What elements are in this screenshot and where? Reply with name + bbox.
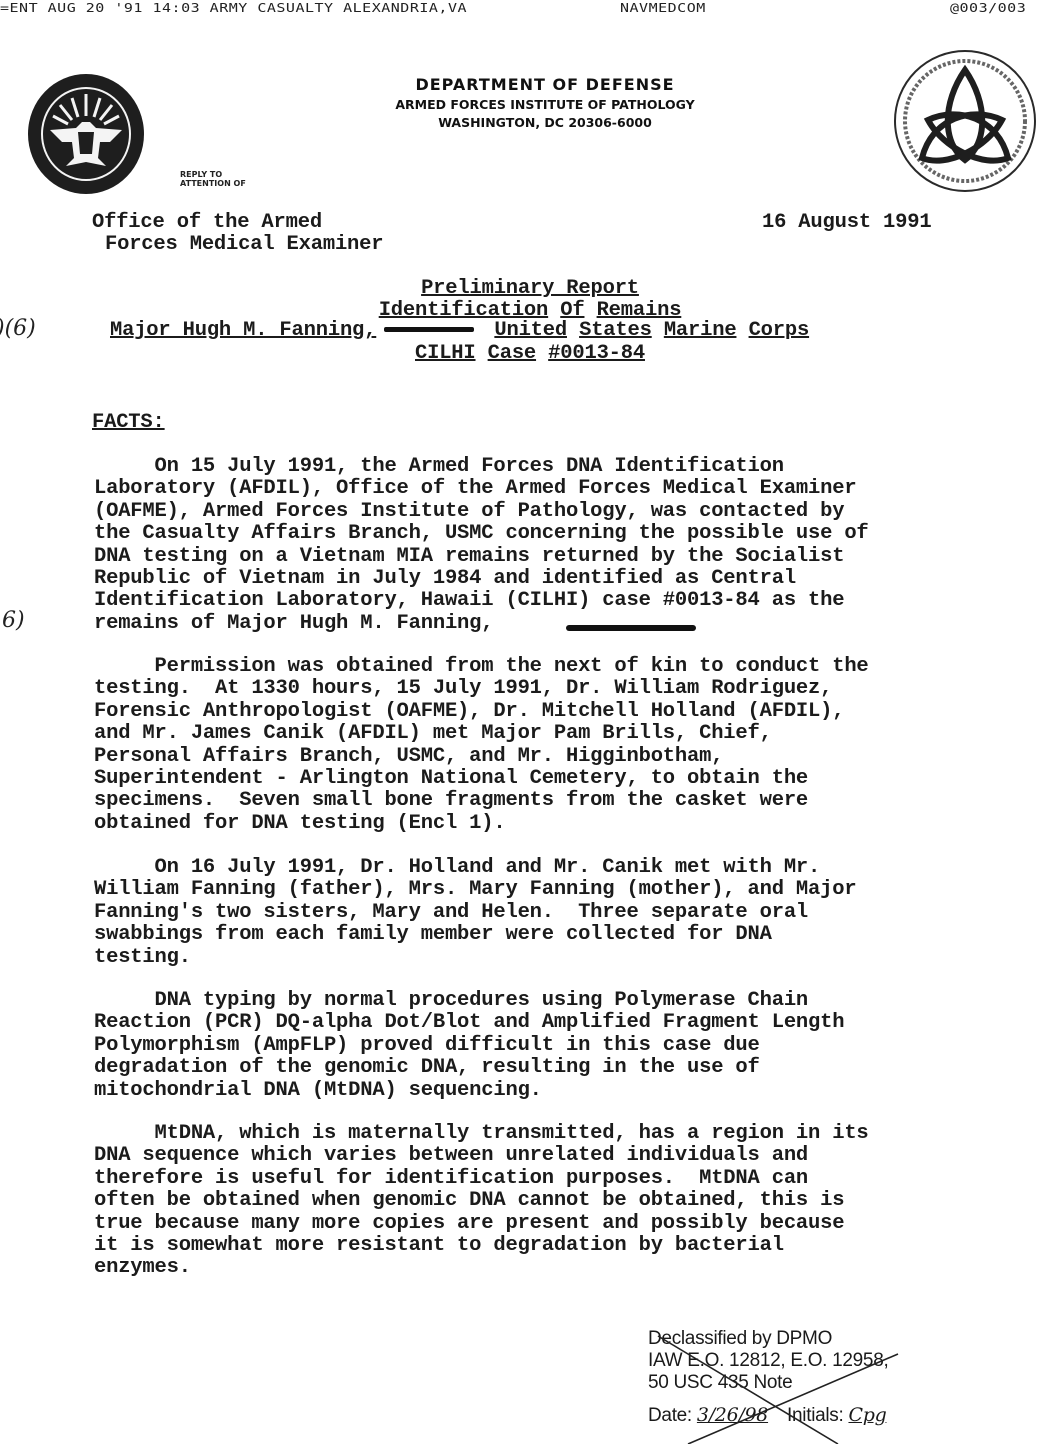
title-line1: Preliminary Report	[421, 277, 639, 300]
reply-to-line2: ATTENTION OF	[180, 179, 246, 188]
case-number: CILHI Case #0013-84	[100, 343, 960, 365]
fax-header-fragment: NAVMEDCOM	[620, 0, 706, 15]
facts-heading: FACTS:	[92, 412, 165, 434]
paragraph-3: On 16 July 1991, Dr. Holland and Mr. Can…	[94, 857, 964, 969]
subject-line: Major Hugh M. Fanning, United States Mar…	[110, 320, 809, 342]
fax-header-text: =ENT AUG 20 '91 14:03 ARMY CASUALTY ALEX…	[0, 0, 467, 15]
fax-page-code: @003/003	[950, 0, 1026, 15]
report-title: Preliminary Report Identification Of Rem…	[100, 278, 960, 323]
letterhead-address: WASHINGTON, DC 20306-6000	[340, 115, 750, 130]
stamp-line1: Declassified by DPMO	[648, 1328, 948, 1350]
stamp-initials-value: Cpg	[848, 1404, 886, 1426]
office-line1: Office of the Armed	[92, 212, 383, 234]
case-label: Case	[488, 342, 536, 365]
stamp-line3: 50 USC 435 Note	[648, 1372, 948, 1394]
margin-note-exemption: 6)	[2, 608, 25, 633]
case-id: #0013-84	[548, 342, 645, 365]
reply-to-line1: REPLY TO	[180, 170, 246, 179]
reply-to-label: REPLY TO ATTENTION OF	[180, 170, 246, 188]
afip-seal-icon	[892, 48, 1038, 194]
document-date: 16 August 1991	[762, 212, 931, 234]
paragraph-2: Permission was obtained from the next of…	[94, 656, 964, 835]
margin-note-exemption: )(6)	[0, 316, 36, 341]
letterhead-institute: ARMED FORCES INSTITUTE OF PATHOLOGY	[340, 97, 750, 112]
paragraph-1: On 15 July 1991, the Armed Forces DNA Id…	[94, 456, 964, 635]
letterhead-department: DEPARTMENT OF DEFENSE	[340, 75, 750, 94]
subject-branch-word: Corps	[749, 319, 810, 342]
subject-branch-word: United	[494, 319, 567, 342]
case-lab: CILHI	[415, 342, 476, 365]
fax-header: =ENT AUG 20 '91 14:03 ARMY CASUALTY ALEX…	[0, 0, 1045, 19]
subject-branch-word: Marine	[664, 319, 737, 342]
office-line2: Forces Medical Examiner	[92, 234, 383, 256]
office-name: Office of the Armed Forces Medical Exami…	[92, 212, 383, 257]
subject-branch-word: States	[579, 319, 652, 342]
paragraph-4: DNA typing by normal procedures using Po…	[94, 990, 964, 1102]
paragraph-5: MtDNA, which is maternally transmitted, …	[94, 1123, 964, 1280]
redaction-bar	[384, 327, 474, 332]
declassification-stamp: Declassified by DPMO IAW E.O. 12812, E.O…	[648, 1328, 948, 1427]
stamp-initials-label: Initials:	[787, 1405, 843, 1426]
subject-name: Major Hugh M. Fanning,	[110, 319, 376, 342]
stamp-date-value: 3/26/98	[697, 1404, 768, 1426]
letterhead: DEPARTMENT OF DEFENSE ARMED FORCES INSTI…	[340, 75, 750, 130]
dod-seal-icon	[26, 72, 146, 196]
stamp-line2: IAW E.O. 12812, E.O. 12958,	[648, 1350, 948, 1372]
redaction-bar	[566, 625, 696, 631]
stamp-date-label: Date:	[648, 1405, 692, 1426]
